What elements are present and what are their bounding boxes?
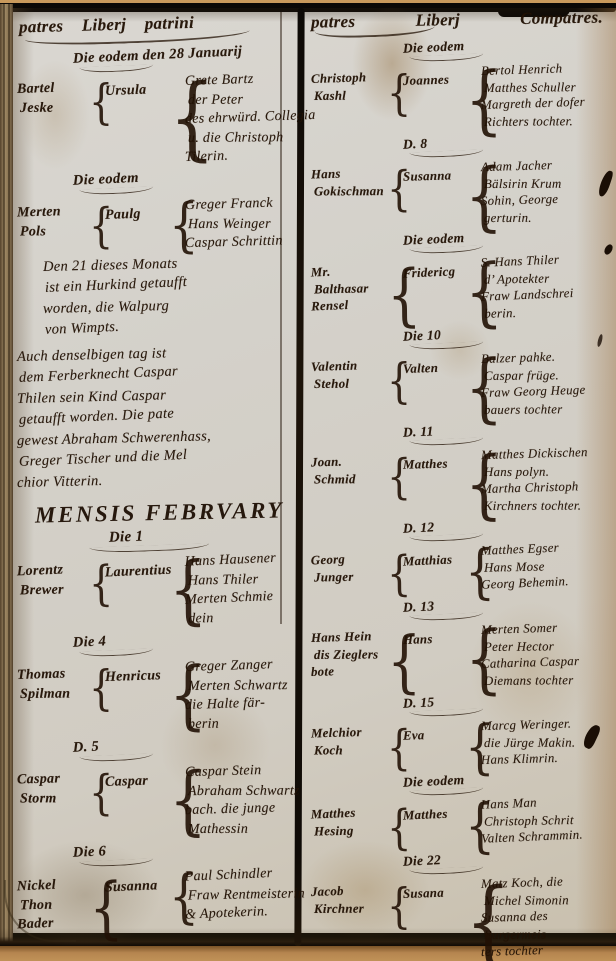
child-line: Matthes	[403, 455, 465, 474]
child-line: Matthes	[403, 805, 466, 825]
father-name: ThomasSpilman	[17, 658, 89, 704]
baptism-entry: Mr.BalthasarRensel{Fridericg{S. Hans Thi…	[311, 253, 610, 324]
entry-brace: {	[169, 658, 185, 733]
baptism-entry: NickelThonBader{Susanna{Paul SchindlerFr…	[17, 867, 284, 935]
father-line: Storm	[20, 789, 92, 808]
godparent-names: Adam JacherBälsirin KrumSohin, Georgeger…	[481, 159, 609, 227]
godparent-line: Greger Zanger	[185, 655, 284, 677]
entry-brace: {	[387, 550, 403, 598]
godparent-line: Margreth der dofer	[481, 93, 609, 114]
baptism-entry: GeorgJunger{Matthias{Matthes EgserHans M…	[311, 541, 610, 595]
godparent-line: & Apotekerin.	[185, 902, 284, 925]
left-page-sections: Die eodem den 28 JanuarijBartelJeske{Urs…	[17, 47, 283, 933]
father-line: Hesing	[314, 822, 390, 840]
entry-brace: {	[465, 351, 481, 426]
child-name: Eva	[403, 718, 465, 745]
entry-brace: {	[169, 868, 186, 927]
entry-brace: {	[169, 763, 185, 838]
entry-brace: {	[169, 196, 185, 255]
godparent-names: Marcg Weringer.die Jürge Makin.Hans Klim…	[481, 718, 609, 769]
godparent-line: bauers tochter	[484, 401, 612, 419]
father-name: JacobKirchner	[311, 876, 387, 918]
godparent-line: Matthes Dickischen	[481, 444, 609, 465]
godparent-line: die Halte fär-	[185, 693, 284, 715]
child-name: Laurentius	[105, 553, 169, 583]
father-line: Valentin	[311, 357, 387, 376]
entry-brace: {	[169, 553, 186, 628]
date-heading: Die 6	[73, 841, 154, 867]
father-line: Hans	[311, 164, 387, 183]
entry-brace: {	[89, 664, 105, 712]
godparent-names: S. Hans Thilerd’ ApotekterFraw Landschre…	[481, 253, 610, 322]
father-line: Kirchner	[314, 900, 390, 918]
godparent-line: Matz Koch, die	[481, 872, 609, 893]
godparent-line: Merten Somer	[481, 618, 609, 639]
father-line: Brewer	[20, 580, 92, 600]
baptism-entry: ValentinStehol{Valten{Balzer pahke.Caspa…	[311, 351, 609, 419]
child-line: Ursula	[105, 80, 170, 101]
child-name: Henricus	[105, 658, 169, 687]
father-line: Jeske	[20, 98, 92, 118]
baptism-entry: ThomasSpilman{Henricus{Greger ZangerMert…	[17, 658, 283, 734]
child-line: Henricus	[105, 666, 170, 687]
father-line: Lorentz	[16, 559, 89, 581]
godparent-line: Fraw Georg Heuge	[481, 381, 609, 402]
manuscript-photo: patres Liberj patrini Die eodem den 28 J…	[0, 0, 616, 961]
godparent-names: Balzer pahke.Caspar früge.Fraw Georg Heu…	[481, 351, 609, 419]
child-line: Paulg	[105, 204, 170, 225]
father-line: Junger	[314, 568, 390, 586]
child-line: Matthias	[403, 551, 466, 571]
godparent-line: ters tochter	[481, 940, 609, 961]
godparent-names: Matz Koch, dieMichel SimoninSusanna desB…	[481, 876, 609, 961]
right-page: patres Liberj Compatres. Die eodemChrist…	[311, 10, 609, 944]
child-line: Susanna	[104, 876, 169, 898]
father-line: Bartel	[17, 78, 90, 99]
godparent-line: Bertol Henrich	[481, 59, 609, 80]
godparent-names: Grete Bartzder Peterdes ehrwürd. Collegi…	[185, 72, 283, 167]
child-name: Susana	[403, 876, 465, 903]
entry-brace: {	[387, 69, 403, 117]
child-name: Matthes	[403, 447, 465, 474]
child-name: Caspar	[105, 763, 169, 792]
entry-brace: {	[465, 718, 481, 777]
right-header-compatres: Compatres.	[520, 8, 603, 29]
entry-brace: {	[465, 622, 481, 697]
entry-brace: {	[387, 882, 403, 930]
child-line: Susana	[403, 884, 466, 903]
godparent-line: Matthes Egser	[480, 537, 609, 559]
entry-brace: {	[387, 165, 403, 213]
child-line: Valten	[403, 359, 466, 378]
baptism-entry: Joan.Schmid{Matthes{Matthes DickischenHa…	[311, 446, 609, 515]
child-name: Matthes	[403, 797, 465, 825]
father-line: Matthes	[311, 803, 388, 823]
entry-brace: {	[465, 447, 481, 522]
entry-brace: {	[169, 72, 185, 163]
child-line: Eva	[403, 726, 465, 745]
godparent-line: Merten Schmie	[185, 587, 284, 610]
entry-brace: {	[387, 357, 403, 405]
father-name: ValentinStehol	[311, 351, 387, 393]
right-page-sections: Die eodemChristophKashl{Joannes{Bertol H…	[311, 39, 609, 961]
entry-brace: {	[89, 769, 105, 817]
godparent-line: Grete Bartz	[185, 69, 284, 91]
father-line: Hans Hein	[311, 628, 387, 647]
entry-brace: {	[465, 63, 481, 138]
entry-brace: {	[465, 159, 481, 234]
date-heading: Die 4	[73, 631, 154, 657]
baptism-entry: ChristophKashl{Joannes{Bertol HenrichMat…	[311, 63, 609, 131]
godparent-line: Paul Schindler	[184, 864, 283, 887]
father-line: Pols	[20, 222, 92, 241]
entry-brace: {	[465, 797, 482, 856]
father-line: Merten	[17, 202, 90, 223]
date-heading: Die eodem den 28 Januarij	[73, 43, 243, 73]
baptism-entry: CasparStorm{Caspar{Caspar SteinAbraham S…	[17, 763, 283, 840]
father-line: bote	[311, 662, 387, 681]
godparent-line: Mathessin	[188, 820, 286, 840]
godparent-line: dein	[188, 608, 286, 629]
baptism-entry: MatthesHesing{Matthes{Hans ManChristoph …	[311, 795, 610, 849]
child-line: Hans	[403, 630, 466, 649]
godparent-line: Catharina Caspar	[481, 652, 609, 673]
godparent-names: Matthes EgserHans MoseGeorg Behemin.	[481, 541, 610, 593]
child-name: Susanna	[403, 159, 465, 186]
father-name: ChristophKashl	[311, 63, 387, 105]
baptism-entry: BartelJeske{Ursula{Grete Bartzder Peterd…	[17, 72, 283, 167]
entry-brace: {	[89, 559, 105, 607]
godparent-line: Martha Christoph	[481, 478, 609, 499]
godparent-names: Caspar SteinAbraham Schwartzbach. die ju…	[185, 763, 283, 839]
godparent-line: Caspar Stein	[185, 760, 283, 782]
father-line: Melchior	[311, 723, 387, 742]
entry-brace: {	[387, 628, 403, 696]
father-line: Rensel	[311, 295, 388, 315]
father-line: Kashl	[314, 87, 390, 105]
father-line: Georg	[311, 549, 388, 569]
godparent-line: Balzer pahke.	[481, 347, 609, 368]
godparent-names: Greger FranckHans WeingerCaspar Schritti…	[185, 196, 283, 253]
father-line: Gokischman	[314, 183, 390, 200]
child-name: Paulg	[105, 196, 169, 225]
godparent-names: Greger ZangerMerten Schwartzdie Halte fä…	[185, 658, 283, 734]
binding-crease	[8, 4, 10, 946]
baptism-entry: LorentzBrewer{Laurentius{Hans HausenerHa…	[17, 552, 284, 631]
father-name: Hans Heindis Zieglersbote	[311, 622, 387, 681]
prose-paragraph: Den 21 dieses Monatsist ein Hurkind geta…	[43, 257, 283, 341]
father-name: HansGokischman	[311, 158, 387, 200]
baptism-entry: MelchiorKoch{Eva{Marcg Weringer.die Jürg…	[311, 717, 609, 769]
godparent-line: Hans Hausener	[184, 549, 283, 572]
father-name: MatthesHesing	[311, 798, 387, 841]
godparent-line: Adam Jacher	[481, 156, 609, 177]
godparent-line: berin	[188, 714, 286, 734]
godparent-line: Hans Klimrin.	[481, 749, 609, 770]
entry-brace: {	[387, 453, 403, 501]
father-name: Mr.BalthasarRensel	[311, 256, 388, 316]
baptism-entry: HansGokischman{Susanna{Adam JacherBälsir…	[311, 158, 609, 227]
godparent-line: Greger Franck	[185, 193, 283, 215]
godparent-line: Sohin, George	[481, 190, 609, 211]
father-line: Mr.	[310, 261, 387, 281]
godparent-line: berin.	[484, 303, 612, 322]
godparent-line: des ehrwürd. Collegia	[185, 107, 284, 129]
father-line: Jacob	[311, 882, 387, 901]
child-line: Laurentius	[104, 561, 169, 583]
child-line: Fridericg	[402, 263, 465, 283]
child-name: Joannes	[403, 63, 465, 90]
father-line: Christoph	[311, 69, 387, 88]
godparent-line: Richters tochter.	[484, 113, 612, 131]
father-name: BartelJeske	[17, 72, 89, 118]
entry-brace: {	[89, 78, 105, 126]
father-line: Nickel	[16, 874, 89, 896]
child-line: Susanna	[403, 167, 465, 186]
date-heading: D. 5	[73, 736, 154, 762]
child-line: Joannes	[403, 71, 466, 90]
entry-brace: {	[89, 874, 106, 942]
father-name: MelchiorKoch	[311, 717, 387, 759]
father-name: LorentzBrewer	[17, 554, 89, 601]
prose-paragraph: Auch denselbigen tag istdem Ferberknecht…	[17, 347, 283, 494]
baptism-entry: MertenPols{Paulg{Greger FranckHans Weing…	[17, 196, 283, 254]
father-line: Schmid	[314, 471, 390, 488]
father-line: Caspar	[17, 769, 90, 790]
godparent-line: Caspar Schrittin	[185, 231, 283, 253]
entry-brace: {	[387, 724, 403, 772]
child-name: Ursula	[105, 72, 169, 101]
entry-brace: {	[387, 804, 403, 852]
father-line: Bader	[17, 912, 90, 934]
godparent-line: Kirchners tochter.	[484, 497, 612, 515]
father-line: Thomas	[17, 664, 90, 685]
godparent-names: Matthes DickischenHans polyn.Martha Chri…	[481, 447, 609, 515]
father-line: Stehol	[314, 375, 390, 393]
month-heading: MENSIS FEBRVARY	[35, 497, 283, 528]
father-name: GeorgJunger	[311, 544, 387, 587]
godparent-line: Diemans tochter	[484, 672, 612, 690]
godparent-names: Bertol HenrichMatthes SchullerMargreth d…	[481, 63, 609, 131]
entry-brace: {	[387, 262, 404, 330]
entry-brace: {	[465, 543, 482, 602]
left-page: patres Liberj patrini Die eodem den 28 J…	[17, 14, 283, 932]
godparent-line: Tilerin.	[185, 145, 284, 167]
godparent-line: bach. die junge	[185, 798, 283, 820]
child-line: Caspar	[105, 771, 170, 792]
date-heading: Die eodem	[73, 169, 154, 195]
godparent-names: Hans ManChristoph SchritValten Schrammin…	[481, 795, 610, 847]
child-name: Valten	[403, 351, 465, 378]
godparent-line: Susanna des	[481, 906, 609, 927]
godparent-line: Hans Man	[480, 791, 609, 813]
baptism-entry: Hans Heindis Zieglersbote{Hans{Merten So…	[311, 622, 609, 690]
father-name: NickelThonBader	[17, 869, 90, 935]
father-name: Joan.Schmid	[311, 446, 387, 488]
godparent-names: Hans HausenerHans ThilerMerten Schmiedei…	[185, 552, 284, 629]
child-name: Matthias	[403, 543, 465, 571]
father-name: CasparStorm	[17, 763, 89, 809]
godparent-names: Paul SchindlerFraw Rentmeisterin& Apotek…	[185, 867, 284, 925]
binding-crease	[3, 4, 5, 946]
entry-brace: {	[465, 255, 482, 330]
entry-brace: {	[465, 876, 481, 961]
father-line: Spilman	[20, 684, 92, 704]
father-line: Joan.	[311, 452, 387, 471]
baptism-entry: JacobKirchner{Susana{Matz Koch, dieMiche…	[311, 876, 609, 961]
godparent-line: gerturin.	[484, 209, 612, 227]
godparent-names: Merten SomerPeter HectorCatharina Caspar…	[481, 622, 609, 690]
entry-brace: {	[89, 202, 105, 250]
father-name: MertenPols	[17, 196, 89, 242]
godparent-line: Marcg Weringer.	[481, 715, 609, 736]
father-line: Koch	[314, 742, 390, 759]
